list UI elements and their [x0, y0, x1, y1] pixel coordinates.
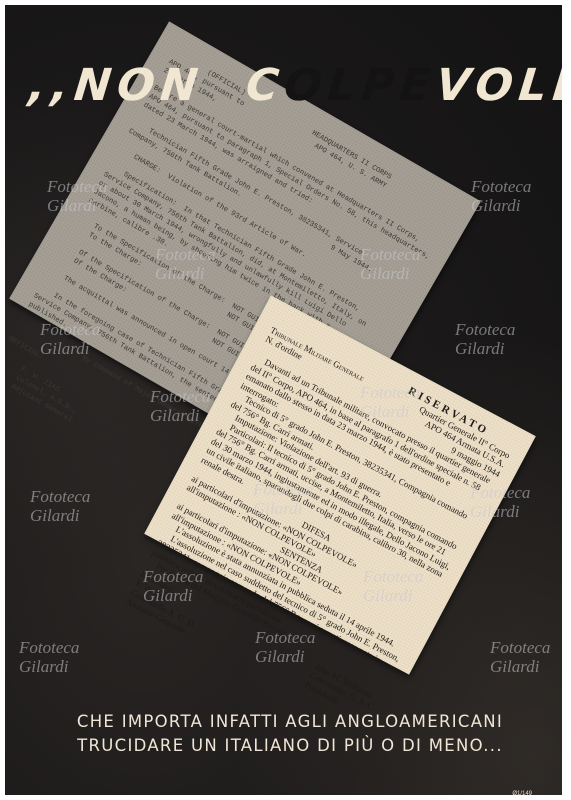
- tagline-line-2: TRUCIDARE UN ITALIANO DI PIÙ O DI MENO..…: [55, 734, 525, 758]
- watermark-fototeca-gilardi: FototecaGilardi: [360, 383, 420, 421]
- tagline-line-1: CHE IMPORTA INFATTI AGLI ANGLOAMERICANI: [55, 710, 525, 734]
- watermark-fototeca-gilardi: FototecaGilardi: [490, 638, 550, 676]
- watermark-fototeca-gilardi: FototecaGilardi: [455, 320, 515, 358]
- headline-letter-c: C: [243, 60, 287, 111]
- archive-code: Ø1/149: [512, 791, 532, 795]
- watermark-fototeca-gilardi: FototecaGilardi: [255, 628, 315, 666]
- headline-letters-vole: VOLE: [434, 60, 562, 111]
- watermark-fototeca-gilardi: FototecaGilardi: [360, 245, 420, 283]
- watermark-fototeca-gilardi: FototecaGilardi: [150, 387, 210, 425]
- headline-letters-olpe: OLPE: [282, 60, 439, 111]
- watermark-fototeca-gilardi: FototecaGilardi: [470, 483, 530, 521]
- watermark-fototeca-gilardi: FototecaGilardi: [47, 177, 107, 215]
- watermark-fototeca-gilardi: FototecaGilardi: [40, 320, 100, 358]
- watermark-fototeca-gilardi: FototecaGilardi: [30, 487, 90, 525]
- watermark-fototeca-gilardi: FototecaGilardi: [19, 638, 79, 676]
- headline-word-non: NON: [72, 60, 206, 111]
- headline-non-colpevole: ,,NON COLPEVOLE": [26, 60, 561, 111]
- watermark-fototeca-gilardi: FototecaGilardi: [143, 567, 203, 605]
- watermark-fototeca-gilardi: FototecaGilardi: [253, 480, 313, 518]
- propaganda-poster: ,,NON COLPEVOLE" (OFFICIAL) HEADQUARTERS…: [5, 5, 562, 795]
- watermark-fototeca-gilardi: FototecaGilardi: [471, 177, 531, 215]
- watermark-fototeca-gilardi: FototecaGilardi: [363, 567, 423, 605]
- watermark-fototeca-gilardi: FototecaGilardi: [155, 245, 215, 283]
- tagline: CHE IMPORTA INFATTI AGLI ANGLOAMERICANI …: [55, 710, 525, 758]
- headline-open-quote: ,,: [26, 60, 77, 111]
